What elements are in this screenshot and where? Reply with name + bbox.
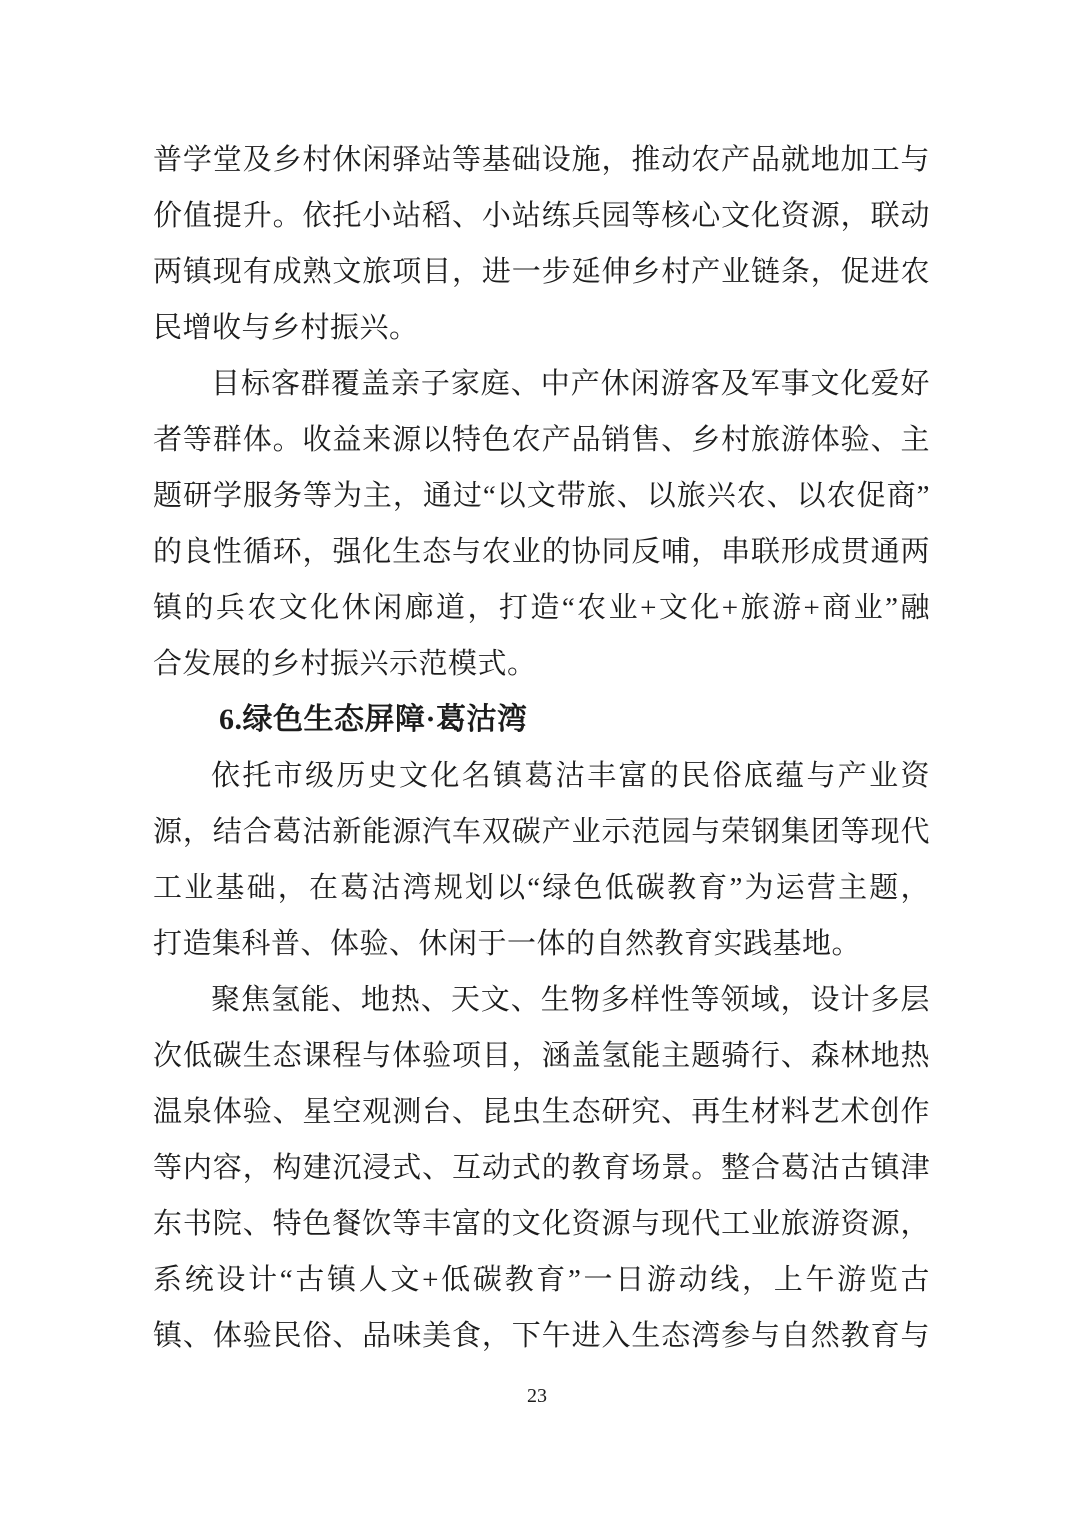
text-line: 次低碳生态课程与体验项目，涵盖氢能主题骑行、森林地热 [153,1028,930,1084]
text-line: 等内容，构建沉浸式、互动式的教育场景。整合葛沽古镇津 [153,1140,930,1196]
text-line: 温泉体验、星空观测台、昆虫生态研究、再生材料艺术创作 [153,1084,930,1140]
text-line: 合发展的乡村振兴示范模式。 [153,636,930,692]
text-line: 者等群体。收益来源以特色农产品销售、乡村旅游体验、主 [153,412,930,468]
text-line: 题研学服务等为主，通过“以文带旅、以旅兴农、以农促商” [153,468,930,524]
text-line: 民增收与乡村振兴。 [153,300,930,356]
paragraph-4: 聚焦氢能、地热、天文、生物多样性等领域，设计多层 次低碳生态课程与体验项目，涵盖… [153,972,930,1364]
text-line: 工业基础，在葛沽湾规划以“绿色低碳教育”为运营主题， [153,860,930,916]
text-line: 普学堂及乡村休闲驿站等基础设施，推动农产品就地加工与 [153,132,930,188]
text-line: 两镇现有成熟文旅项目，进一步延伸乡村产业链条，促进农 [153,244,930,300]
text-line: 东书院、特色餐饮等丰富的文化资源与现代工业旅游资源， [153,1196,930,1252]
paragraph-1: 普学堂及乡村休闲驿站等基础设施，推动农产品就地加工与 价值提升。依托小站稻、小站… [153,132,930,356]
text-line: 的良性循环，强化生态与农业的协同反哺，串联形成贯通两 [153,524,930,580]
section-heading: 6.绿色生态屏障·葛沽湾 [153,692,930,748]
text-line: 打造集科普、体验、休闲于一体的自然教育实践基地。 [153,916,930,972]
paragraph-2: 目标客群覆盖亲子家庭、中产休闲游客及军事文化爱好 者等群体。收益来源以特色农产品… [153,356,930,692]
text-line: 价值提升。依托小站稻、小站练兵园等核心文化资源，联动 [153,188,930,244]
text-line: 镇、体验民俗、品味美食，下午进入生态湾参与自然教育与 [153,1308,930,1364]
text-line: 目标客群覆盖亲子家庭、中产休闲游客及军事文化爱好 [153,356,930,412]
text-line: 系统设计“古镇人文+低碳教育”一日游动线，上午游览古 [153,1252,930,1308]
text-line: 依托市级历史文化名镇葛沽丰富的民俗底蕴与产业资 [153,748,930,804]
text-line: 源，结合葛沽新能源汽车双碳产业示范园与荣钢集团等现代 [153,804,930,860]
page-number: 23 [0,1382,1074,1410]
document-text-block: 普学堂及乡村休闲驿站等基础设施，推动农产品就地加工与 价值提升。依托小站稻、小站… [153,132,930,1364]
paragraph-3: 依托市级历史文化名镇葛沽丰富的民俗底蕴与产业资 源，结合葛沽新能源汽车双碳产业示… [153,748,930,972]
text-line: 镇的兵农文化休闲廊道，打造“农业+文化+旅游+商业”融 [153,580,930,636]
text-line: 聚焦氢能、地热、天文、生物多样性等领域，设计多层 [153,972,930,1028]
